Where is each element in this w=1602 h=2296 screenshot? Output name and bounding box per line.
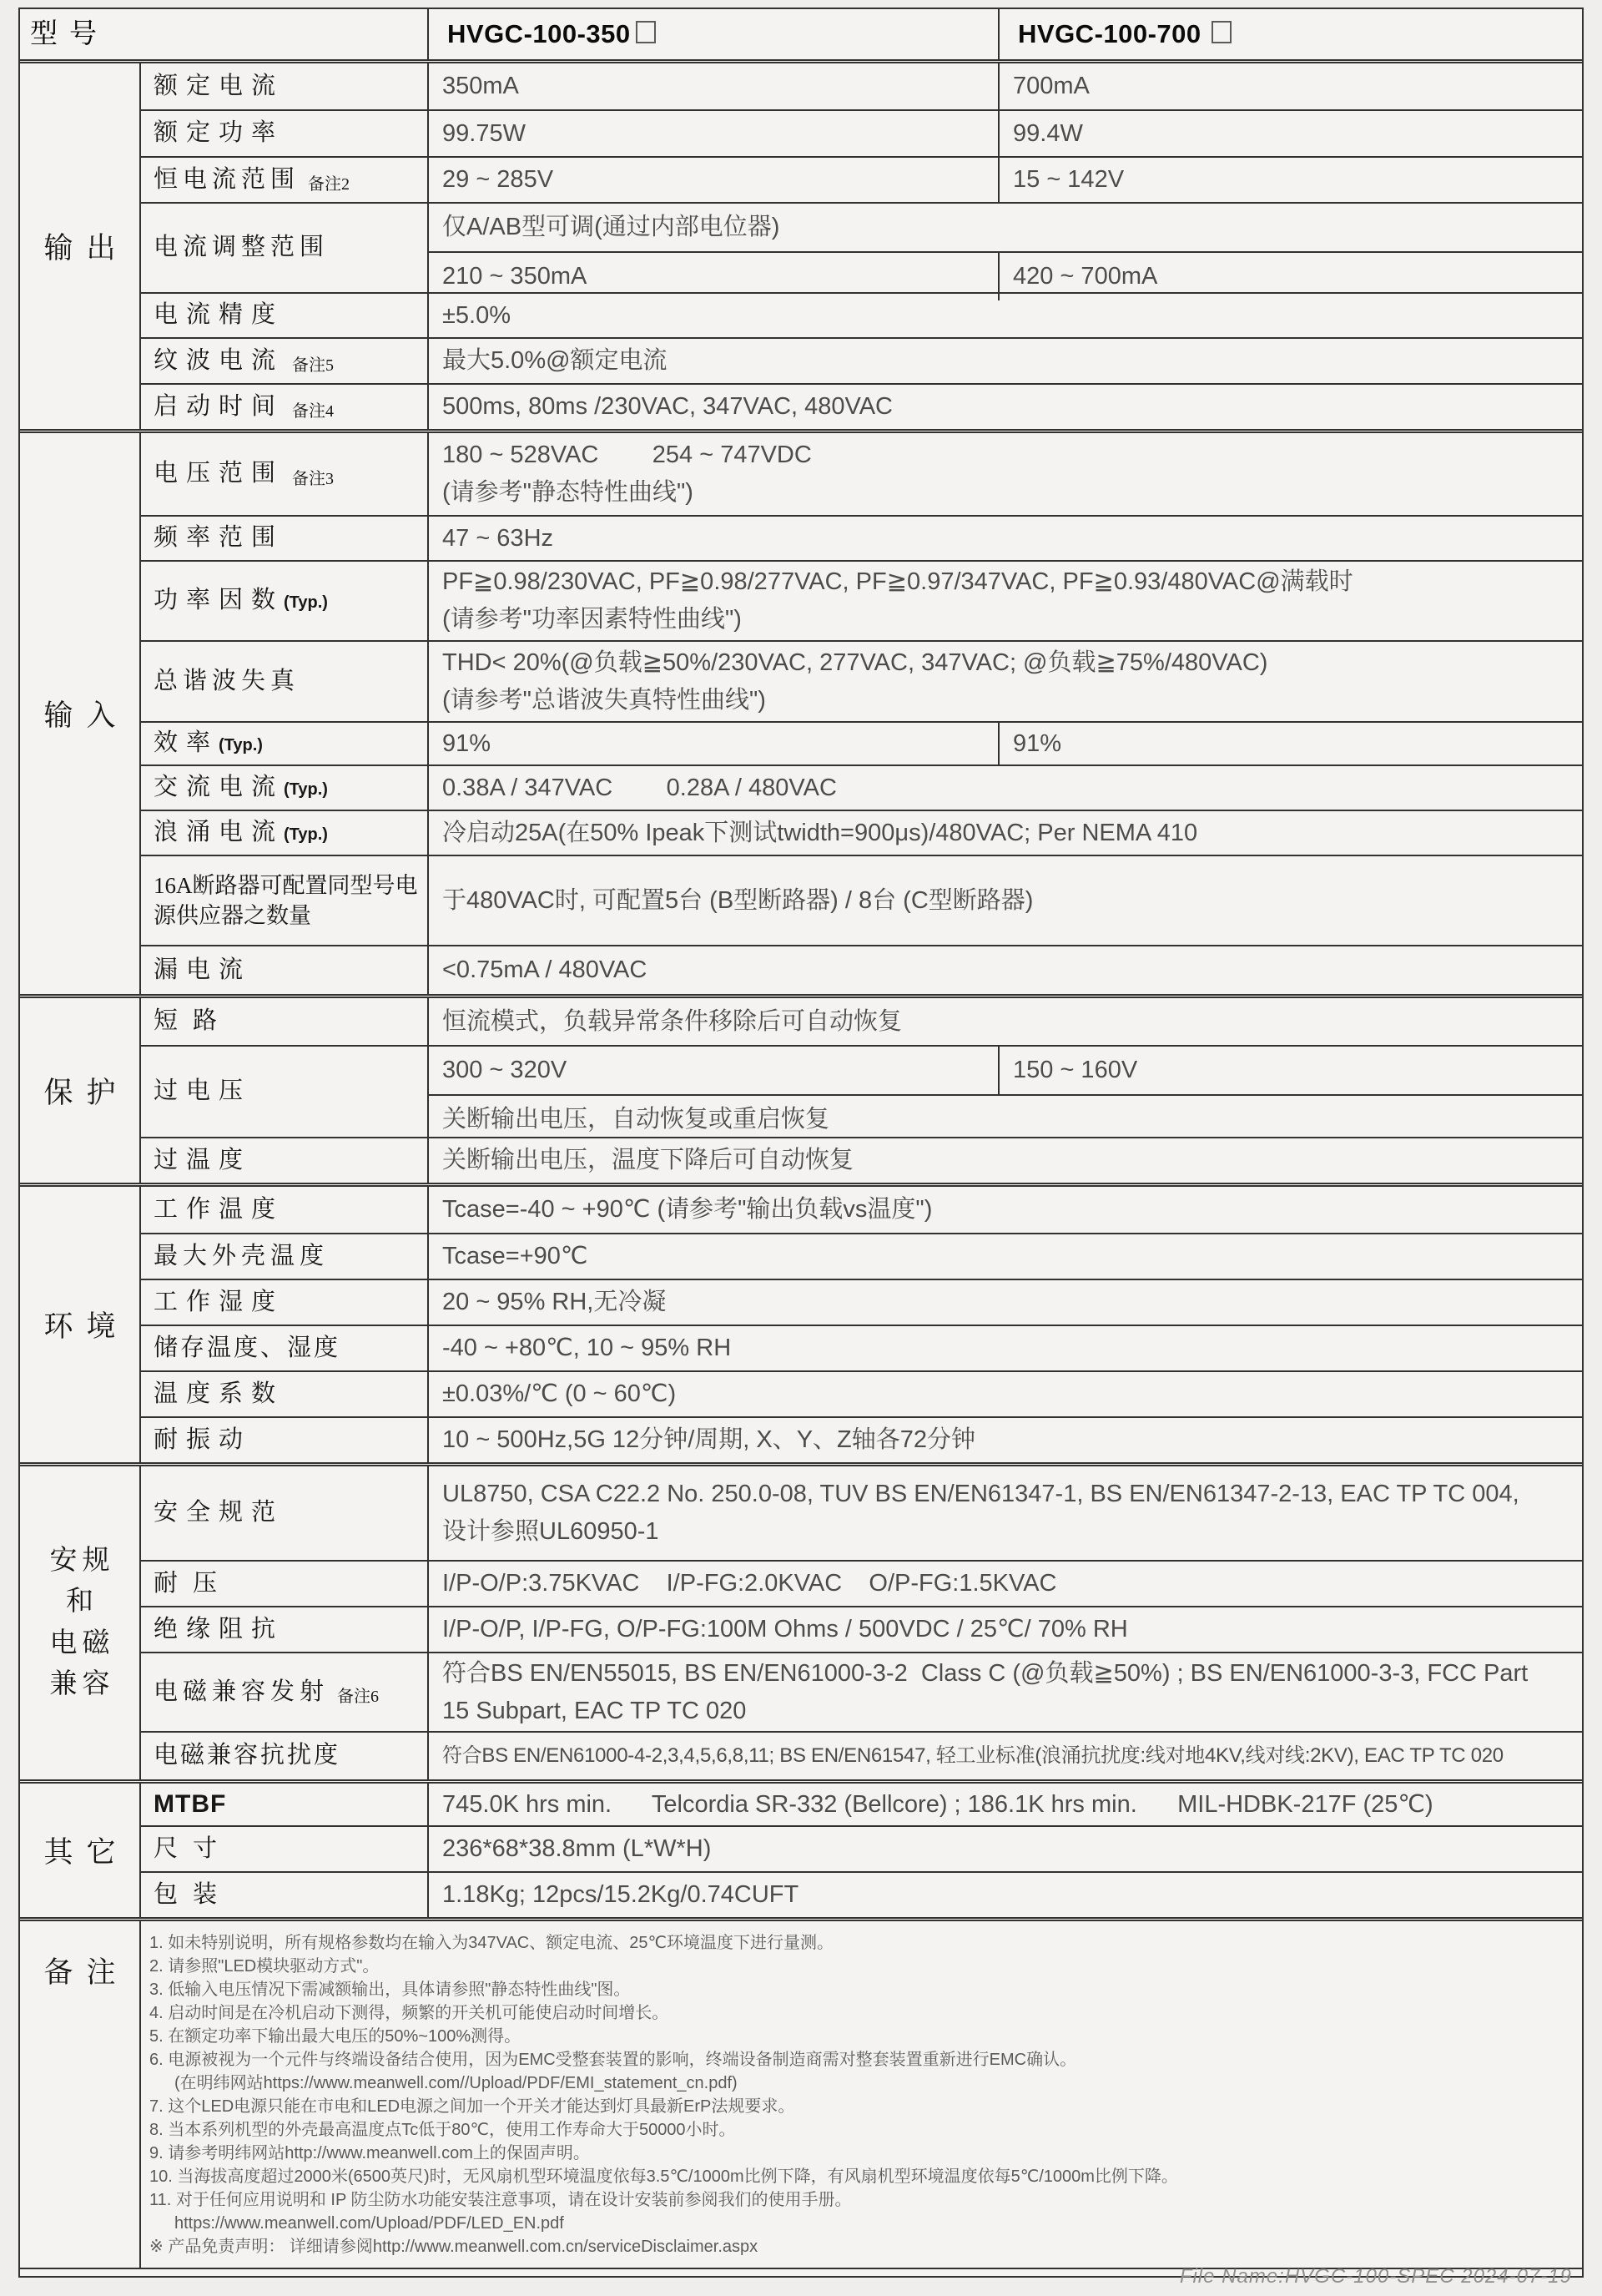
dimension-label: 尺寸 <box>154 1833 232 1865</box>
model-header-row: 型号 HVGC-100-350 HVGC-100-700 <box>20 9 1582 59</box>
row-working-humidity: 工作湿度 20 ~ 95% RH,无冷凝 <box>141 1279 1582 1325</box>
short-circuit-label: 短路 <box>154 1005 232 1037</box>
voltage-range-value: 180 ~ 528VAC 254 ~ 747VDC (请参考"静态特性曲线") <box>429 433 1582 515</box>
row-rated-current: 额定电流 350mA 700mA <box>141 63 1582 109</box>
row-over-temperature: 过温度 关断输出电压，温度下降后可自动恢复 <box>141 1137 1582 1183</box>
row-working-temp: 工作温度 Tcase=-40 ~ +90℃ (请参考"输出负载vs温度") <box>141 1187 1582 1233</box>
row-current-adjust-range: 电流调整范围 仅A/AB型可调(通过内部电位器) 210 ~ 350mA 420… <box>141 202 1582 292</box>
model-350-cell: HVGC-100-350 <box>429 9 1000 59</box>
row-safety-standards: 安全规范 UL8750, CSA C22.2 No. 250.0-08, TUV… <box>141 1466 1582 1560</box>
notes-list: 1. 如未特别说明，所有规格参数均在输入为347VAC、额定电流、25℃环境温度… <box>141 1921 1582 2268</box>
efficiency-label: 效率 <box>154 727 219 759</box>
over-temperature-label: 过温度 <box>154 1144 251 1177</box>
setup-time-note: 备注4 <box>292 392 334 421</box>
rated-power-value-700: 99.4W <box>1000 111 1582 156</box>
row-emc-emission: 电磁兼容发射 备注6 符合BS EN/EN55015, BS EN/EN6100… <box>141 1652 1582 1731</box>
emc-emission-value: 符合BS EN/EN55015, BS EN/EN61000-3-2 Class… <box>429 1653 1582 1731</box>
cc-range-label: 恒电流范围 <box>154 164 300 196</box>
section-input: 输入 电压范围 备注3 180 ~ 528VAC 254 ~ 747VDC (请… <box>20 429 1582 994</box>
setup-time-label: 启动时间 <box>154 391 284 423</box>
emc-emission-label: 电磁兼容发射 <box>154 1676 329 1708</box>
row-short-circuit: 短路 恒流模式，负载异常条件移除后可自动恢复 <box>141 998 1582 1045</box>
rated-current-value-350: 350mA <box>429 63 1000 109</box>
cc-range-note: 备注2 <box>308 165 350 194</box>
max-case-temp-label: 最大外壳温度 <box>154 1240 329 1273</box>
emc-emission-note: 备注6 <box>337 1678 379 1707</box>
temp-coefficient-label: 温度系数 <box>154 1378 284 1410</box>
ripple-note: 备注5 <box>292 346 334 376</box>
row-over-voltage: 过电压 300 ~ 320V 150 ~ 160V 关断输出电压，自动恢复或重启… <box>141 1045 1582 1137</box>
section-environment-label: 环境 <box>20 1187 141 1462</box>
section-input-label: 输入 <box>20 433 141 994</box>
thd-label: 总谐波失真 <box>154 665 300 698</box>
safety-standards-label: 安全规范 <box>154 1496 284 1529</box>
short-circuit-value: 恒流模式，负载异常条件移除后可自动恢复 <box>429 998 1582 1045</box>
over-voltage-value-350: 300 ~ 320V <box>429 1047 1000 1094</box>
note-line: 5. 在额定功率下输出最大电压的50%~100%测得。 <box>149 2025 1574 2048</box>
row-dimension: 尺寸 236*68*38.8mm (L*W*H) <box>141 1825 1582 1871</box>
section-others-label: 其它 <box>20 1784 141 1917</box>
working-temp-value: Tcase=-40 ~ +90℃ (请参考"输出负载vs温度") <box>429 1187 1582 1233</box>
frequency-range-label: 频率范围 <box>154 522 284 554</box>
section-output-label: 输出 <box>20 63 141 429</box>
row-inrush-current: 浪涌电流 (Typ.) 冷启动25A(在50% Ipeak下测试twidth=9… <box>141 810 1582 855</box>
note-line: 10. 当海拔高度超过2000米(6500英尺)时，无风扇机型环境温度依每3.5… <box>149 2165 1574 2188</box>
inrush-label: 浪涌电流 <box>154 816 284 849</box>
note-line-continuation: (在明纬网站https://www.meanwell.com//Upload/P… <box>149 2071 1574 2095</box>
row-current-accuracy: 电流精度 ±5.0% <box>141 292 1582 337</box>
safety-standards-value: UL8750, CSA C22.2 No. 250.0-08, TUV BS E… <box>429 1466 1582 1560</box>
thd-value: THD< 20%(@负载≧50%/230VAC, 277VAC, 347VAC;… <box>429 642 1582 721</box>
model-350-name: HVGC-100-350 <box>447 19 631 49</box>
over-temperature-value: 关断输出电压，温度下降后可自动恢复 <box>429 1138 1582 1183</box>
rated-power-value-350: 99.75W <box>429 111 1000 156</box>
power-factor-label: 功率因数 <box>154 584 284 617</box>
row-ac-current: 交流电流 (Typ.) 0.38A / 347VAC 0.28A / 480VA… <box>141 764 1582 810</box>
row-efficiency: 效率 (Typ.) 91% 91% <box>141 721 1582 764</box>
vibration-value: 10 ~ 500Hz,5G 12分钟/周期, X、Y、Z轴各72分钟 <box>429 1418 1582 1462</box>
section-protection: 保护 短路 恒流模式，负载异常条件移除后可自动恢复 过电压 300 ~ 320V… <box>20 994 1582 1183</box>
model-variant-checkbox <box>1212 21 1232 43</box>
note-disclaimer: ※ 产品免责声明： 详细请参阅http://www.meanwell.com.c… <box>149 2235 1574 2258</box>
model-variant-checkbox <box>636 21 656 43</box>
leakage-value: <0.75mA / 480VAC <box>429 946 1582 994</box>
ac-current-value: 0.38A / 347VAC 0.28A / 480VAC <box>429 766 1582 810</box>
storage-label: 储存温度、湿度 <box>154 1332 340 1365</box>
note-line: 9. 请参考明纬网站http://www.meanwell.com上的保固声明。 <box>149 2142 1574 2165</box>
adj-range-label: 电流调整范围 <box>154 231 329 264</box>
voltage-range-note: 备注3 <box>292 460 334 489</box>
row-temp-coefficient: 温度系数 ±0.03%/℃ (0 ~ 60℃) <box>141 1370 1582 1416</box>
note-line-continuation: https://www.meanwell.com/Upload/PDF/LED_… <box>149 2212 1574 2235</box>
section-others: 其它 MTBF 745.0K hrs min. Telcordia SR-332… <box>20 1779 1582 1917</box>
note-line: 11. 对于任何应用说明和 IP 防尘防水功能安装注意事项，请在设计安装前参阅我… <box>149 2188 1574 2212</box>
ac-current-label: 交流电流 <box>154 771 284 804</box>
ripple-label: 纹波电流 <box>154 345 284 377</box>
row-voltage-range: 电压范围 备注3 180 ~ 528VAC 254 ~ 747VDC (请参考"… <box>141 433 1582 515</box>
packing-label: 包装 <box>154 1879 232 1911</box>
spec-table: 型号 HVGC-100-350 HVGC-100-700 输出 额定电流 350… <box>18 8 1584 2278</box>
cc-range-value-350: 29 ~ 285V <box>429 158 1000 202</box>
mtbf-value: 745.0K hrs min. Telcordia SR-332 (Bellco… <box>429 1784 1582 1825</box>
over-voltage-value-700: 150 ~ 160V <box>1000 1047 1582 1094</box>
power-factor-typ: (Typ.) <box>284 590 328 613</box>
ac-current-typ: (Typ.) <box>284 777 328 800</box>
emc-immunity-label: 电磁兼容抗扰度 <box>154 1739 340 1772</box>
section-notes: 备注 1. 如未特别说明，所有规格参数均在输入为347VAC、额定电流、25℃环… <box>20 1917 1582 2268</box>
power-factor-value: PF≧0.98/230VAC, PF≧0.98/277VAC, PF≧0.97/… <box>429 562 1582 640</box>
row-max-case-temp: 最大外壳温度 Tcase=+90℃ <box>141 1233 1582 1279</box>
storage-value: -40 ~ +80℃, 10 ~ 95% RH <box>429 1326 1582 1370</box>
isolation-resistance-value: I/P-O/P, I/P-FG, O/P-FG:100M Ohms / 500V… <box>429 1607 1582 1652</box>
emc-immunity-value: 符合BS EN/EN61000-4-2,3,4,5,6,8,11; BS EN/… <box>429 1733 1582 1779</box>
row-power-factor: 功率因数 (Typ.) PF≧0.98/230VAC, PF≧0.98/277V… <box>141 560 1582 640</box>
setup-time-value: 500ms, 80ms /230VAC, 347VAC, 480VAC <box>429 385 1582 429</box>
row-packing: 包装 1.18Kg; 12pcs/15.2Kg/0.74CUFT <box>141 1871 1582 1917</box>
withstand-voltage-label: 耐压 <box>154 1567 232 1600</box>
mtbf-label: MTBF <box>154 1790 226 1819</box>
row-emc-immunity: 电磁兼容抗扰度 符合BS EN/EN61000-4-2,3,4,5,6,8,11… <box>141 1731 1582 1779</box>
accuracy-value: ±5.0% <box>429 294 1582 337</box>
leakage-label: 漏电流 <box>154 954 251 987</box>
vibration-label: 耐振动 <box>154 1424 251 1456</box>
efficiency-typ: (Typ.) <box>219 733 263 755</box>
rated-current-value-700: 700mA <box>1000 63 1582 109</box>
note-line: 8. 当本系列机型的外壳最高温度点Tc低于80℃，使用工作寿命大于50000小时… <box>149 2118 1574 2142</box>
ripple-value: 最大5.0%@额定电流 <box>429 339 1582 383</box>
breaker-value: 于480VAC时, 可配置5台 (B型断路器) / 8台 (C型断路器) <box>429 856 1582 945</box>
section-protection-label: 保护 <box>20 998 141 1183</box>
model-700-name: HVGC-100-700 <box>1018 19 1201 49</box>
row-thd: 总谐波失真 THD< 20%(@负载≧50%/230VAC, 277VAC, 3… <box>141 640 1582 721</box>
model-row-label-cell: 型号 <box>20 9 429 59</box>
section-notes-label: 备注 <box>20 1921 141 2268</box>
model-700-cell: HVGC-100-700 <box>1000 9 1582 59</box>
working-humidity-value: 20 ~ 95% RH,无冷凝 <box>429 1280 1582 1325</box>
inrush-value: 冷启动25A(在50% Ipeak下测试twidth=900μs)/480VAC… <box>429 811 1582 855</box>
max-case-temp-value: Tcase=+90℃ <box>429 1234 1582 1279</box>
adj-range-method: 仅A/AB型可调(通过内部电位器) <box>429 204 1582 251</box>
inrush-typ: (Typ.) <box>284 822 328 845</box>
row-breaker-quantity: 16A断路器可配置同型号电源供应器之数量 于480VAC时, 可配置5台 (B型… <box>141 855 1582 945</box>
row-storage-temp-humidity: 储存温度、湿度 -40 ~ +80℃, 10 ~ 95% RH <box>141 1325 1582 1370</box>
row-mtbf: MTBF 745.0K hrs min. Telcordia SR-332 (B… <box>141 1784 1582 1825</box>
voltage-range-label: 电压范围 <box>154 457 284 490</box>
note-line: 2. 请参照"LED模块驱动方式"。 <box>149 1955 1574 1978</box>
row-leakage-current: 漏电流 <0.75mA / 480VAC <box>141 945 1582 994</box>
row-vibration: 耐振动 10 ~ 500Hz,5G 12分钟/周期, X、Y、Z轴各72分钟 <box>141 1416 1582 1462</box>
row-frequency-range: 频率范围 47 ~ 63Hz <box>141 515 1582 560</box>
section-safety-emc: 安规 和 电磁 兼容 安全规范 UL8750, CSA C22.2 No. 25… <box>20 1462 1582 1779</box>
temp-coefficient-value: ±0.03%/℃ (0 ~ 60℃) <box>429 1372 1582 1416</box>
row-isolation-resistance: 绝缘阻抗 I/P-O/P, I/P-FG, O/P-FG:100M Ohms /… <box>141 1606 1582 1652</box>
file-name-footer: File Name:HVGC-100-SPEC 2024-07-19 <box>1180 2265 1572 2288</box>
packing-value: 1.18Kg; 12pcs/15.2Kg/0.74CUFT <box>429 1873 1582 1917</box>
row-rated-power: 额定功率 99.75W 99.4W <box>141 109 1582 156</box>
section-safety-emc-label: 安规 和 电磁 兼容 <box>20 1466 141 1779</box>
efficiency-value-700: 91% <box>1000 723 1582 764</box>
working-humidity-label: 工作湿度 <box>154 1286 284 1319</box>
note-line: 3. 低输入电压情况下需减额输出，具体请参照"静态特性曲线"图。 <box>149 1978 1574 2001</box>
efficiency-value-350: 91% <box>429 723 1000 764</box>
frequency-range-value: 47 ~ 63Hz <box>429 517 1582 560</box>
dimension-value: 236*68*38.8mm (L*W*H) <box>429 1827 1582 1871</box>
row-constant-current-region: 恒电流范围 备注2 29 ~ 285V 15 ~ 142V <box>141 156 1582 202</box>
note-line: 4. 启动时间是在冷机启动下测得，频繁的开关机可能使启动时间增长。 <box>149 2001 1574 2025</box>
breaker-label: 16A断路器可配置同型号电源供应器之数量 <box>154 870 422 931</box>
row-withstand-voltage: 耐压 I/P-O/P:3.75KVAC I/P-FG:2.0KVAC O/P-F… <box>141 1560 1582 1606</box>
section-output: 输出 额定电流 350mA 700mA 额定功率 99.75W 99.4W 恒电… <box>20 59 1582 429</box>
section-environment: 环境 工作温度 Tcase=-40 ~ +90℃ (请参考"输出负载vs温度")… <box>20 1183 1582 1462</box>
row-setup-time: 启动时间 备注4 500ms, 80ms /230VAC, 347VAC, 48… <box>141 383 1582 429</box>
rated-power-label: 额定功率 <box>154 117 284 149</box>
accuracy-label: 电流精度 <box>154 299 284 331</box>
working-temp-label: 工作温度 <box>154 1193 284 1226</box>
isolation-resistance-label: 绝缘阻抗 <box>154 1613 284 1646</box>
rated-current-label: 额定电流 <box>154 70 284 103</box>
note-line: 6. 电源被视为一个元件与终端设备结合使用，因为EMC受整套装置的影响，终端设备… <box>149 2048 1574 2071</box>
note-line: 7. 这个LED电源只能在市电和LED电源之间加一个开关才能达到灯具最新ErP法… <box>149 2095 1574 2118</box>
cc-range-value-700: 15 ~ 142V <box>1000 158 1582 202</box>
note-line: 1. 如未特别说明，所有规格参数均在输入为347VAC、额定电流、25℃环境温度… <box>149 1931 1574 1955</box>
spec-sheet: { "header": { "model_label": "型号", "mode… <box>0 0 1602 2296</box>
over-voltage-label: 过电压 <box>154 1075 251 1108</box>
withstand-voltage-value: I/P-O/P:3.75KVAC I/P-FG:2.0KVAC O/P-FG:1… <box>429 1562 1582 1606</box>
row-ripple-current: 纹波电流 备注5 最大5.0%@额定电流 <box>141 337 1582 383</box>
model-row-label: 型号 <box>30 16 108 53</box>
